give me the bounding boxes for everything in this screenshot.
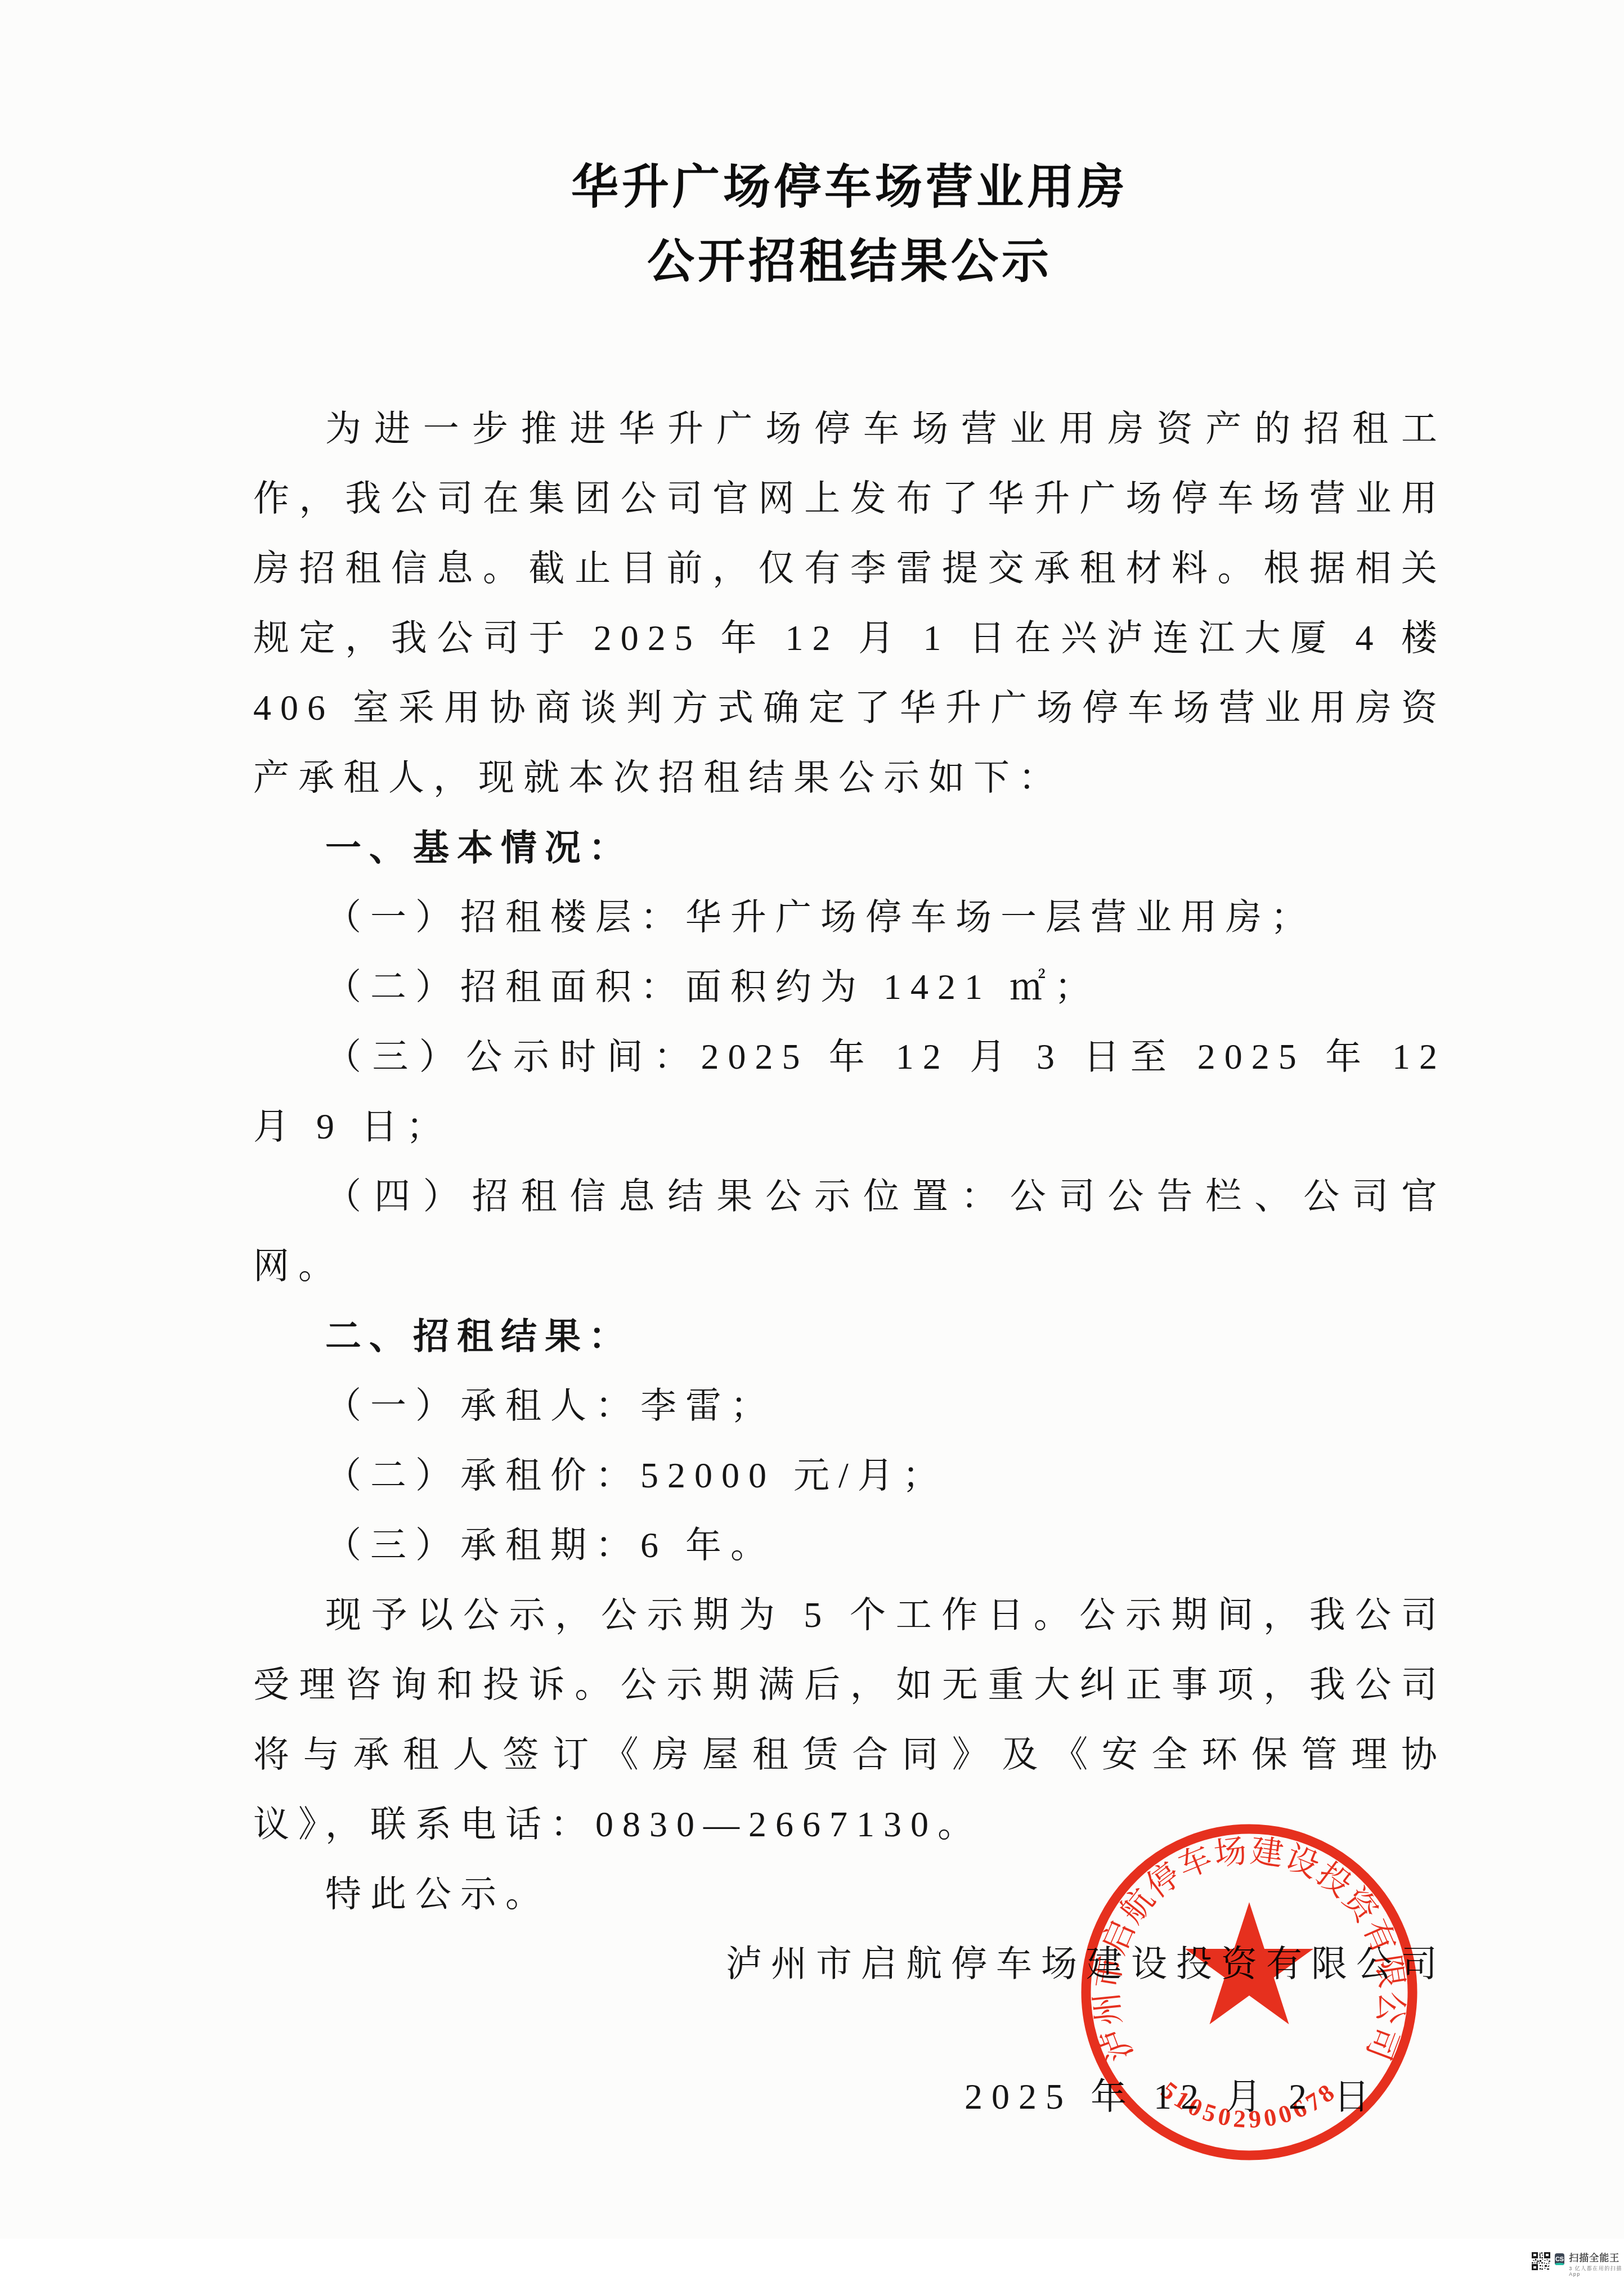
scanner-watermark: CS 扫描全能王 3 亿人都在用的扫描 App bbox=[1532, 2250, 1624, 2277]
section-2-item: （二）承租价：52000 元/月； bbox=[253, 1441, 1446, 1510]
qr-code-icon bbox=[1532, 2250, 1550, 2272]
section-1-item: （四）招租信息结果公示位置：公司公告栏、公司官网。 bbox=[253, 1162, 1446, 1301]
title-line-2: 公开招租结果公示 bbox=[253, 225, 1446, 299]
official-seal: 泸州市启航停车场建设投资有限公司 510502900678 bbox=[1075, 1818, 1424, 2167]
section-2-item: （三）承租期：6 年。 bbox=[253, 1510, 1446, 1580]
watermark-text: 扫描全能王 3 亿人都在用的扫描 App bbox=[1569, 2253, 1624, 2277]
intro-paragraph: 为进一步推进华升广场停车场营业用房资产的招租工作，我公司在集团公司官网上发布了华… bbox=[253, 394, 1446, 813]
document-title: 华升广场停车场营业用房 公开招租结果公示 bbox=[253, 151, 1446, 299]
section-1-item: （二）招租面积：面积约为 1421 ㎡； bbox=[253, 952, 1446, 1022]
title-line-1: 华升广场停车场营业用房 bbox=[253, 151, 1446, 225]
camscanner-logo-text: CS bbox=[1555, 2256, 1564, 2263]
section-2-item: （一）承租人：李雷； bbox=[253, 1371, 1446, 1441]
seal-star-icon bbox=[1185, 1902, 1313, 2024]
logo-swoosh bbox=[1555, 2263, 1564, 2265]
watermark-app-name: 扫描全能王 bbox=[1569, 2253, 1624, 2264]
section-2-heading: 二、招租结果： bbox=[253, 1301, 1446, 1371]
section-1-item: （一）招租楼层：华升广场停车场一层营业用房； bbox=[253, 882, 1446, 952]
camscanner-logo: CS bbox=[1555, 2253, 1564, 2265]
svg-text:510502900678: 510502900678 bbox=[1156, 2077, 1343, 2133]
watermark-tagline: 3 亿人都在用的扫描 App bbox=[1569, 2266, 1624, 2277]
section-1-item: （三）公示时间：2025 年 12 月 3 日至 2025 年 12 月 9 日… bbox=[253, 1022, 1446, 1162]
scanned-document-page: 华升广场停车场营业用房 公开招租结果公示 为进一步推进华升广场停车场营业用房资产… bbox=[0, 0, 1624, 2282]
section-1-heading: 一、基本情况： bbox=[253, 813, 1446, 882]
seal-number: 510502900678 bbox=[1156, 2077, 1343, 2133]
